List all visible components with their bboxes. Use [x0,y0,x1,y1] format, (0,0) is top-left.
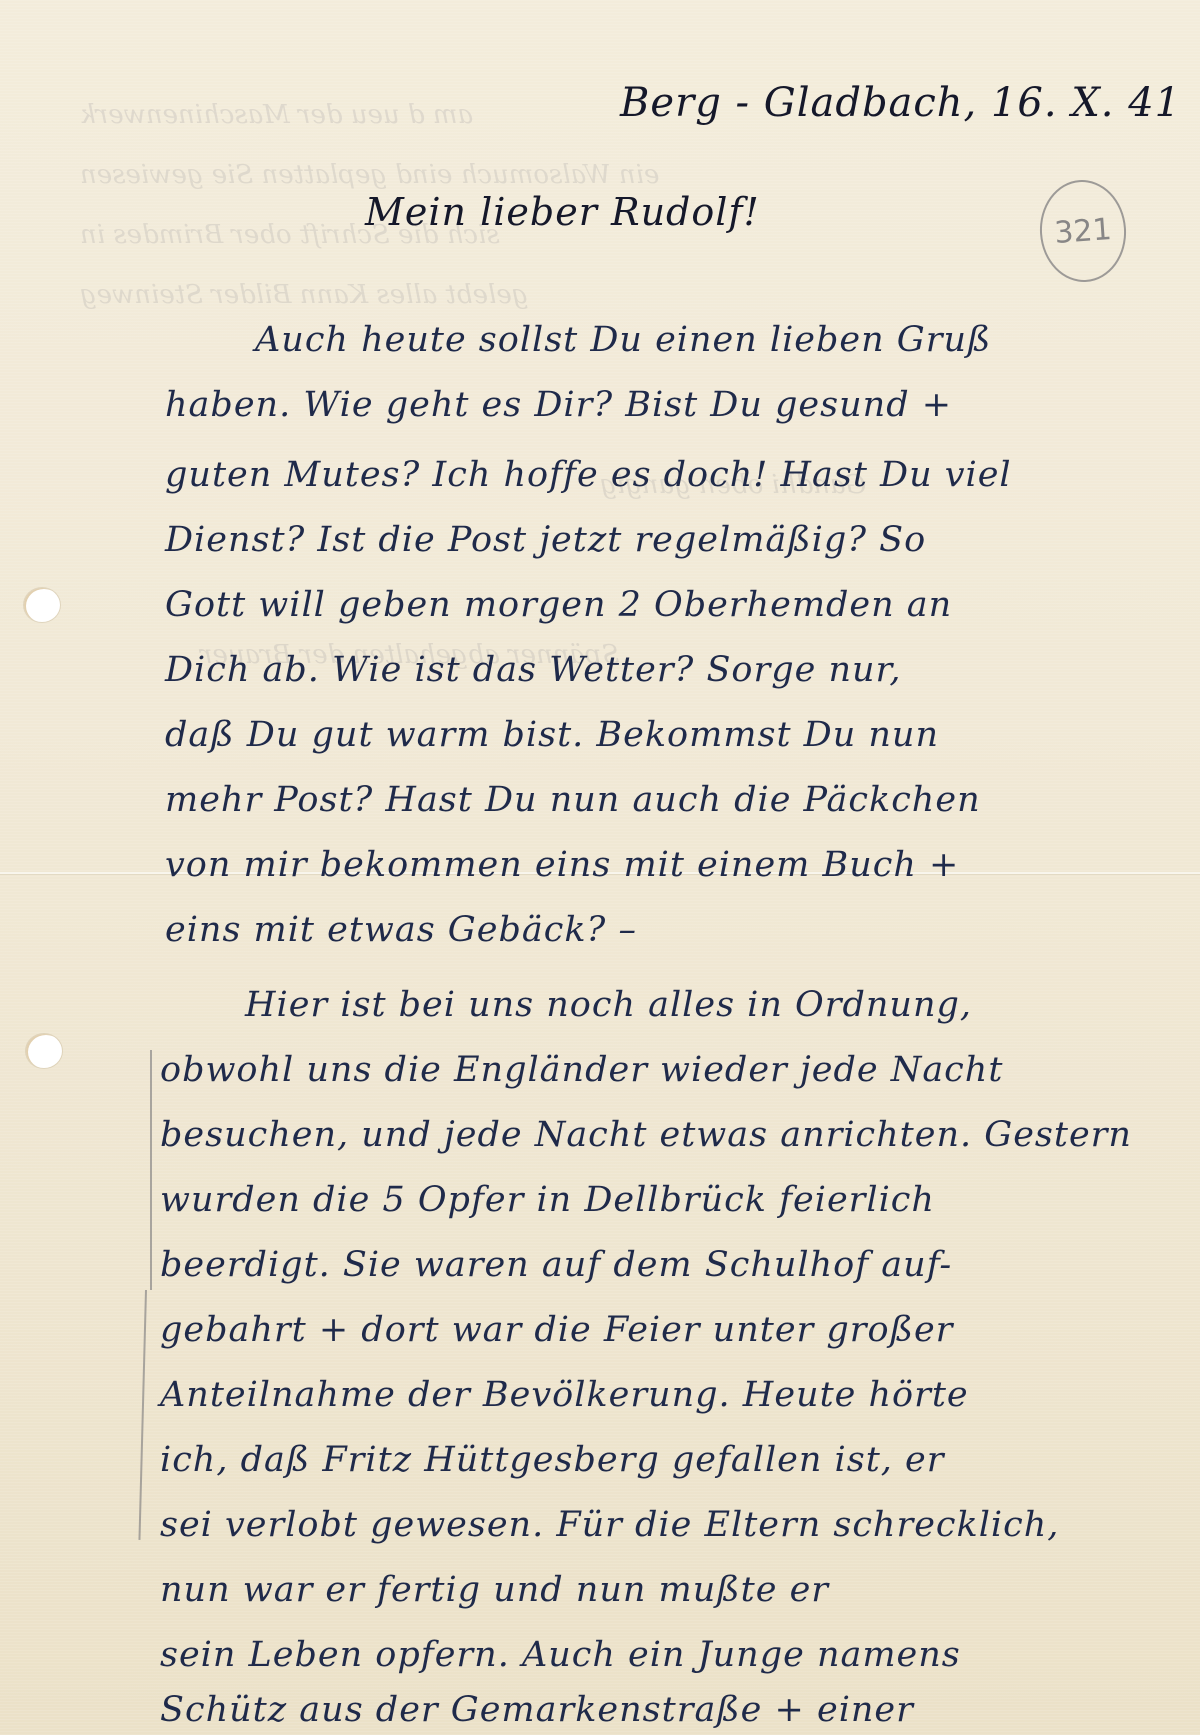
letter-line: obwohl uns die Engländer wieder jede Nac… [160,1050,1003,1090]
punch-hole [24,588,60,622]
letter-line: von mir bekommen eins mit einem Buch + [165,845,959,885]
letter-line: Gott will geben morgen 2 Oberhemden an [165,585,952,625]
letter-line: sei verlobt gewesen. Für die Eltern schr… [160,1505,1059,1545]
bleed-through-text: ein Walsomuch eind geplatten Sie gewiese… [80,160,659,190]
letter-line: Anteilnahme der Bevölkerung. Heute hörte [160,1375,969,1415]
pencil-margin-line [138,1290,147,1540]
letter-line: eins mit etwas Gebäck? – [165,910,637,950]
letter-line: sein Leben opfern. Auch ein Junge namens [160,1635,961,1675]
bleed-through-text: am d ueu der Maschinenwerk [80,100,473,130]
letter-line: nun war er fertig und nun mußte er [160,1570,829,1610]
archive-number: 321 [1053,212,1113,251]
archive-number-stamp: 321 [1037,177,1130,285]
letter-line: gebahrt + dort war die Feier unter große… [160,1310,953,1350]
greeting: Mein lieber Rudolf! [365,190,760,234]
letter-line: Auch heute sollst Du einen lieben Gruß [255,320,991,360]
letter-line: haben. Wie geht es Dir? Bist Du gesund + [165,385,952,425]
letter-line: Hier ist bei uns noch alles in Ordnung, [245,985,972,1025]
letter-line: Dich ab. Wie ist das Wetter? Sorge nur, [165,650,902,690]
place-date: Berg - Gladbach, 16. X. 41 [620,80,1181,126]
letter-line: besuchen, und jede Nacht etwas anrichten… [160,1115,1132,1155]
letter-line: daß Du gut warm bist. Bekommst Du nun [165,715,939,755]
letter-line: Dienst? Ist die Post jetzt regelmäßig? S… [165,520,926,560]
letter-page: am d ueu der Maschinenwerk ein Walsomuch… [0,0,1200,1735]
letter-line: guten Mutes? Ich hoffe es doch! Hast Du … [165,455,1012,495]
letter-line: ich, daß Fritz Hüttgesberg gefallen ist,… [160,1440,944,1480]
letter-line: mehr Post? Hast Du nun auch die Päckchen [165,780,981,820]
letter-line: Schütz aus der Gemarkenstraße + einer [160,1690,914,1730]
punch-hole [26,1034,62,1068]
bleed-through-text: gelebt alles Kann Bilder Steinweg [80,280,528,310]
pencil-margin-line [150,1050,152,1290]
letter-line: beerdigt. Sie waren auf dem Schulhof auf… [160,1245,952,1285]
letter-line: wurden die 5 Opfer in Dellbrück feierlic… [160,1180,935,1220]
